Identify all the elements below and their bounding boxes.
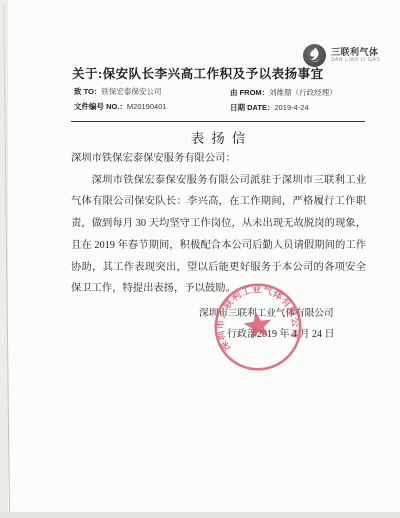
from-label: 由 FROM：	[230, 88, 269, 97]
salutation: 深圳市铁保宏泰保安服务有限公司：	[71, 148, 366, 170]
number-value: M20190401	[127, 102, 167, 111]
date-value: 2019-4-24	[274, 103, 308, 112]
meta-date: 日期 DATE：2019-4-24	[230, 102, 309, 113]
meta-number: 文件编号 NO.：M20190401	[74, 101, 167, 112]
subject-line: 关于:保安队长李兴高工作积及予以表扬事宜	[72, 64, 372, 82]
letter-body: 深圳市铁保宏泰保安服务有限公司： 深圳市铁保宏泰保安服务有限公司派驻于深圳市三联…	[71, 148, 366, 300]
to-label: 致 TO：	[74, 87, 101, 96]
logo-name-cn: 三联利气体	[331, 48, 380, 57]
body-paragraph: 深圳市铁保宏泰保安服务有限公司派驻于深圳市三联利工业气体有限公司保安队长：李兴高…	[71, 170, 366, 300]
logo-name-en: SAN LIAN LI GAS	[331, 58, 380, 63]
from-value: 刘维鼎（行政经理）	[269, 88, 337, 97]
meta-to: 致 TO：铁保宏泰保安公司	[74, 86, 161, 97]
to-value: 铁保宏泰保安公司	[101, 87, 161, 96]
meta-from: 由 FROM：刘维鼎（行政经理）	[230, 87, 337, 98]
date-label: 日期 DATE：	[230, 103, 274, 112]
seal-star-icon	[242, 310, 273, 340]
logo-text: 三联利气体 SAN LIAN LI GAS	[331, 48, 380, 63]
header-divider	[71, 121, 365, 122]
letter-title: 表扬信	[71, 127, 365, 147]
company-seal-stamp: 深圳市三联利工业气体有限公司	[204, 273, 312, 381]
scan-bottom-shadow	[0, 512, 400, 518]
number-label: 文件编号 NO.：	[74, 102, 127, 111]
